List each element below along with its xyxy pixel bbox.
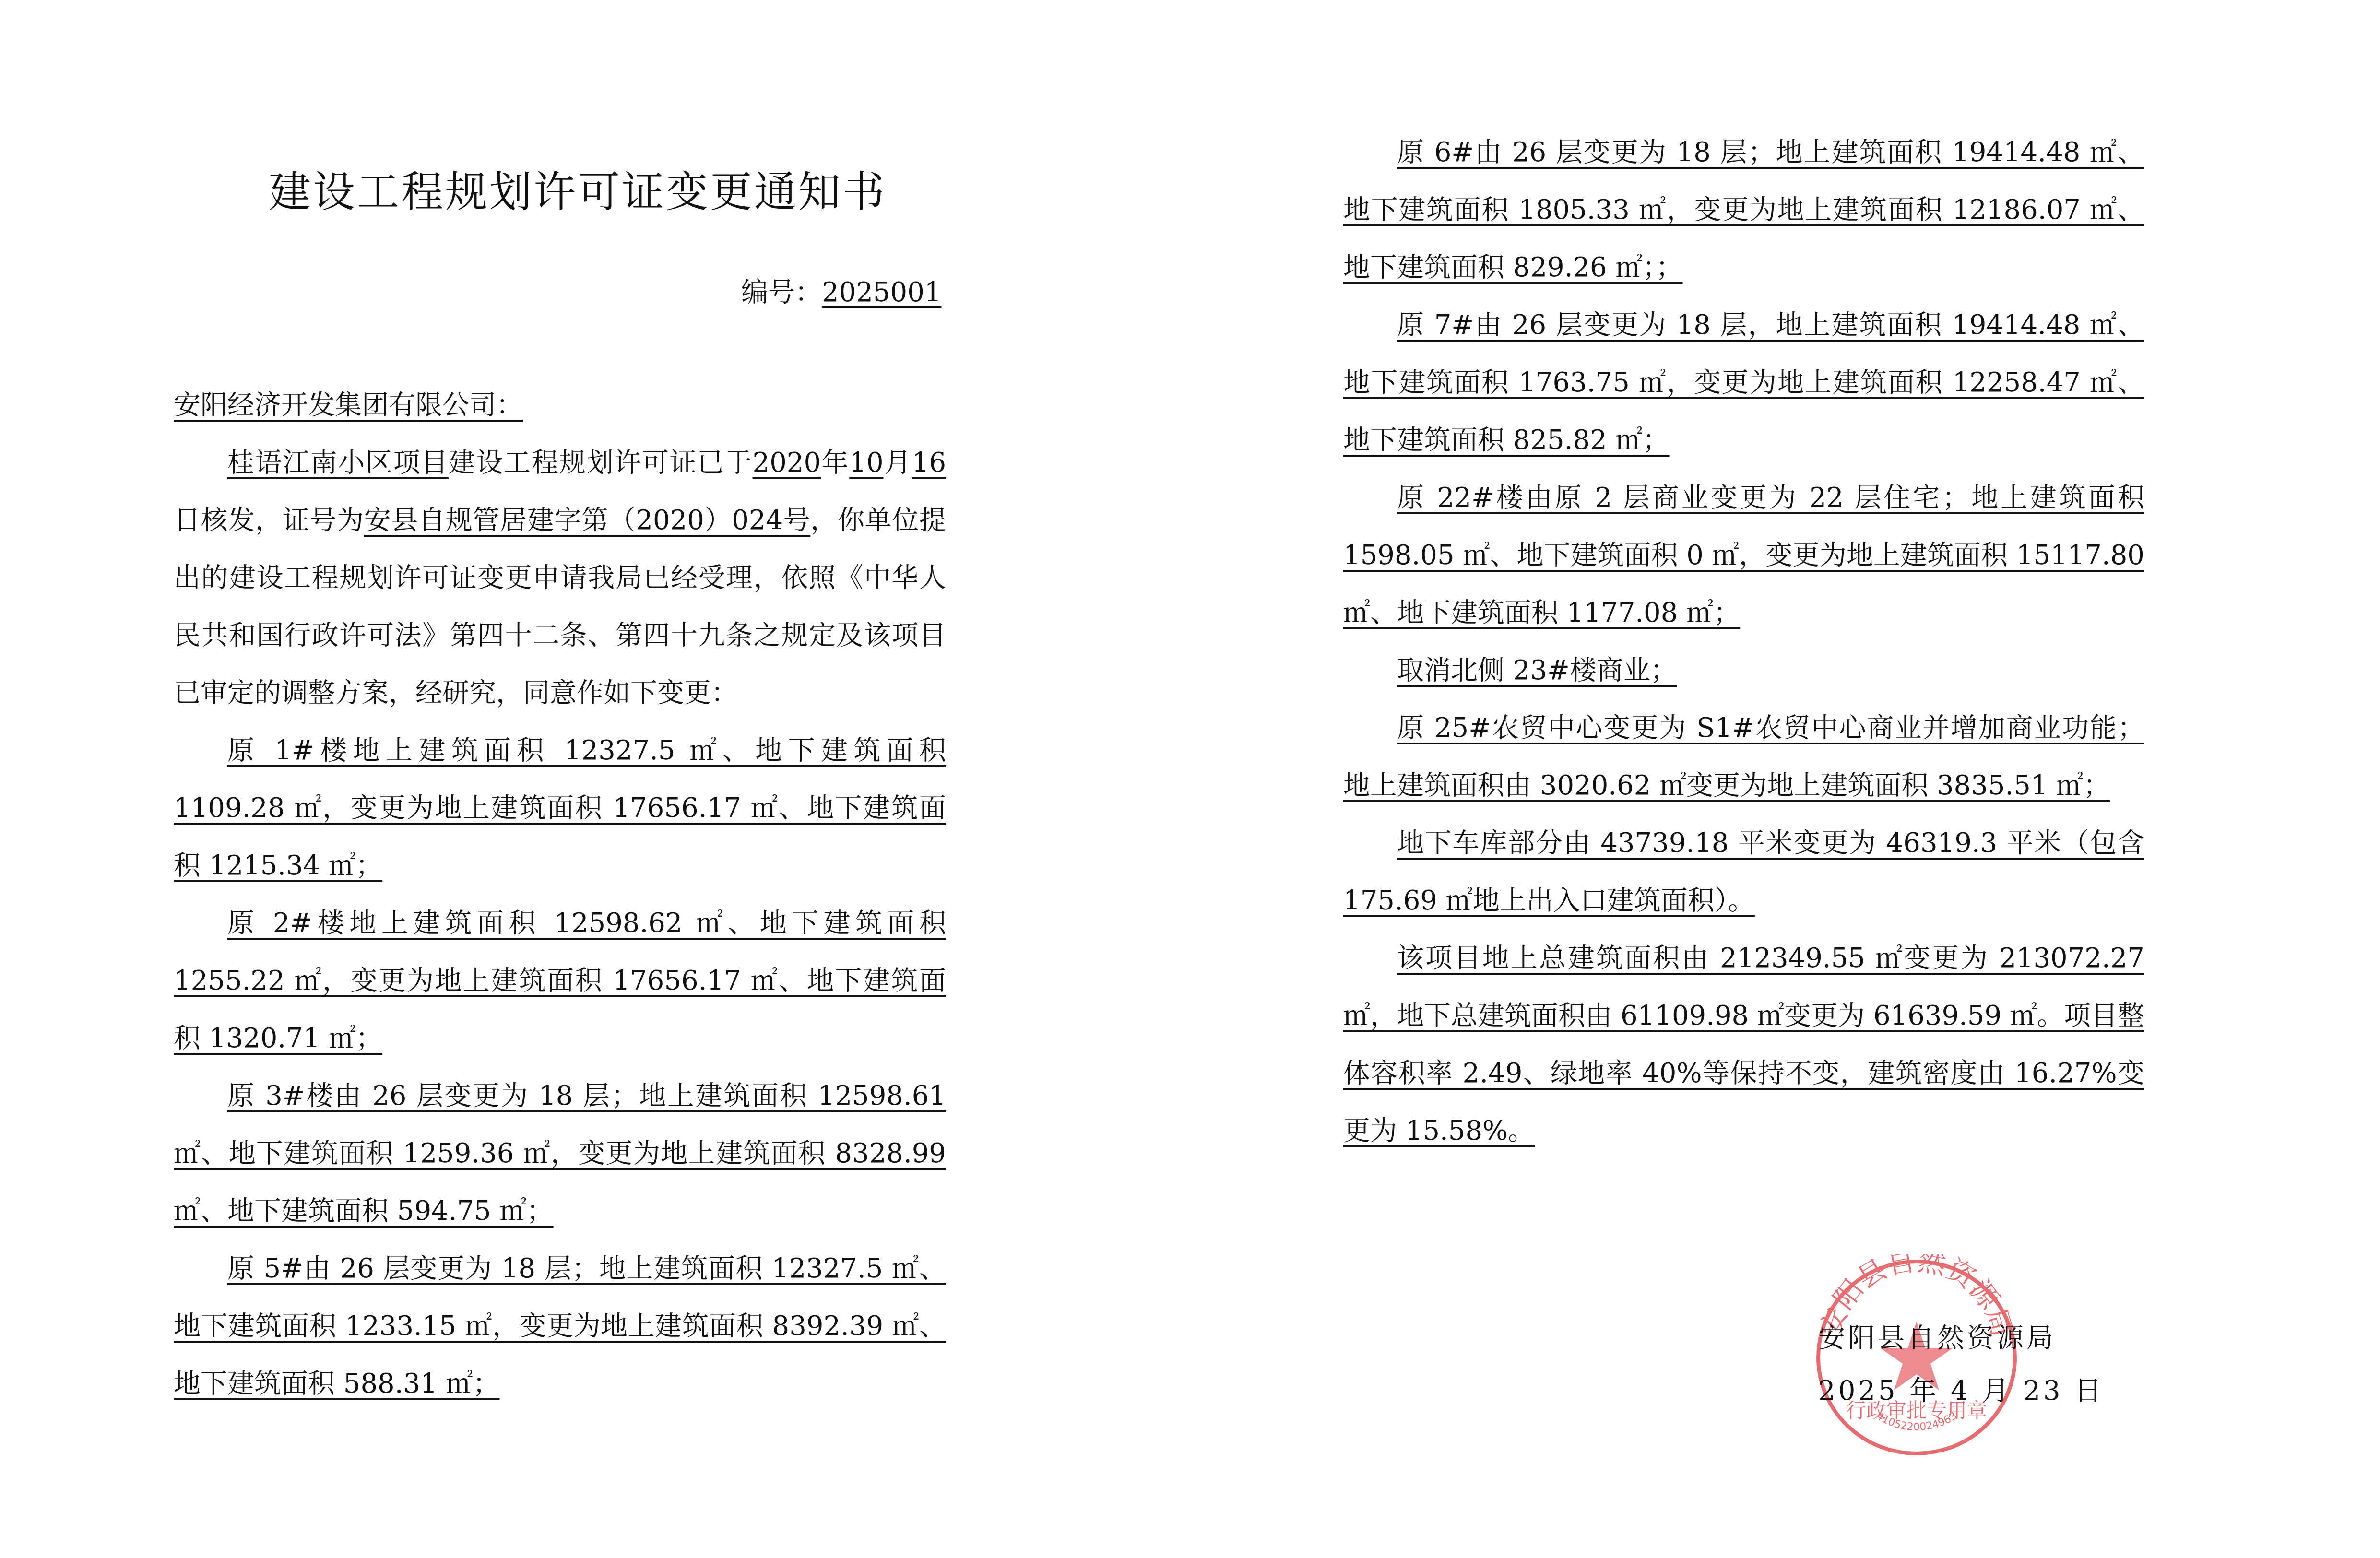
change-text: 原 3#楼由 26 层变更为 18 层；地上建筑面积 12598.61 ㎡、地下… [174, 1080, 946, 1227]
left-column: 安阳经济开发集团有限公司： 桂语江南小区项目建设工程规划许可证已于2020年10… [174, 377, 946, 1413]
issuer-name: 安阳县自然资源局 [1818, 1317, 2056, 1355]
change-text: 原 2#楼地上建筑面积 12598.62 ㎡、地下建筑面积 1255.22 ㎡，… [174, 908, 946, 1054]
intro-text: 月 [884, 447, 912, 478]
right-column: 原 6#由 26 层变更为 18 层；地上建筑面积 19414.48 ㎡、地下建… [1343, 124, 2144, 1160]
project-name: 桂语江南小区项目 [227, 447, 449, 478]
change-item: 原 22#楼由原 2 层商业变更为 22 层住宅；地上建筑面积 1598.05 … [1343, 469, 2144, 642]
issue-day: 16 [912, 447, 946, 478]
change-text: 地下车库部分由 43739.18 平米变更为 46319.3 平米（包含 175… [1343, 827, 2144, 916]
change-text: 原 1#楼地上建筑面积 12327.5 ㎡、地下建筑面积 1109.28 ㎡，变… [174, 735, 946, 881]
official-seal-icon: 安阳县自然资源局 行政审批专用章 4105220024963 [1811, 1254, 2022, 1461]
change-item: 原 1#楼地上建筑面积 12327.5 ㎡、地下建筑面积 1109.28 ㎡，变… [174, 722, 946, 895]
intro-paragraph: 桂语江南小区项目建设工程规划许可证已于2020年10月16日核发，证号为安县自规… [174, 434, 946, 722]
change-item: 原 5#由 26 层变更为 18 层；地上建筑面积 12327.5 ㎡、地下建筑… [174, 1240, 946, 1413]
document-title: 建设工程规划许可证变更通知书 [269, 158, 887, 219]
change-text: 原 25#农贸中心变更为 S1#农贸中心商业并增加商业功能；地上建筑面积由 30… [1343, 712, 2144, 801]
summary-paragraph: 该项目地上总建筑面积由 212349.55 ㎡变更为 213072.27 ㎡，地… [1343, 930, 2144, 1160]
intro-text: 年 [821, 447, 849, 478]
summary-text: 该项目地上总建筑面积由 212349.55 ㎡变更为 213072.27 ㎡，地… [1343, 943, 2144, 1146]
addressee-text: 安阳经济开发集团有限公司： [174, 389, 523, 421]
change-item: 原 3#楼由 26 层变更为 18 层；地上建筑面积 12598.61 ㎡、地下… [174, 1067, 946, 1240]
change-text: 原 6#由 26 层变更为 18 层；地上建筑面积 19414.48 ㎡、地下建… [1343, 137, 2144, 283]
change-item: 原 2#楼地上建筑面积 12598.62 ㎡、地下建筑面积 1255.22 ㎡，… [174, 895, 946, 1067]
intro-text: 建设工程规划许可证已于 [449, 447, 753, 478]
change-text: 原 5#由 26 层变更为 18 层；地上建筑面积 12327.5 ㎡、地下建筑… [174, 1253, 946, 1399]
permit-number: 安县自规管居建字第（2020）024号 [364, 505, 811, 536]
document-number-value: 2025001 [822, 277, 941, 308]
change-item: 原 7#由 26 层变更为 18 层，地上建筑面积 19414.48 ㎡、地下建… [1343, 296, 2144, 469]
change-item: 地下车库部分由 43739.18 平米变更为 46319.3 平米（包含 175… [1343, 814, 2144, 930]
change-text: 原 22#楼由原 2 层商业变更为 22 层住宅；地上建筑面积 1598.05 … [1343, 482, 2144, 628]
addressee: 安阳经济开发集团有限公司： [174, 377, 946, 434]
svg-text:4105220024963: 4105220024963 [1874, 1410, 1959, 1433]
change-text: 取消北侧 23#楼商业； [1397, 655, 1677, 686]
issue-month: 10 [849, 447, 883, 478]
issue-year: 2020 [753, 447, 821, 478]
change-item: 原 25#农贸中心变更为 S1#农贸中心商业并增加商业功能；地上建筑面积由 30… [1343, 699, 2144, 814]
document-number-label: 编号： [741, 277, 822, 308]
document-number: 编号：2025001 [741, 271, 941, 309]
intro-text: 日核发，证号为 [174, 505, 364, 536]
change-text: 原 7#由 26 层变更为 18 层，地上建筑面积 19414.48 ㎡、地下建… [1343, 309, 2144, 456]
issue-date: 2025 年 4 月 23 日 [1818, 1369, 2104, 1408]
change-item: 原 6#由 26 层变更为 18 层；地上建筑面积 19414.48 ㎡、地下建… [1343, 124, 2144, 296]
change-item: 取消北侧 23#楼商业； [1343, 642, 2144, 699]
